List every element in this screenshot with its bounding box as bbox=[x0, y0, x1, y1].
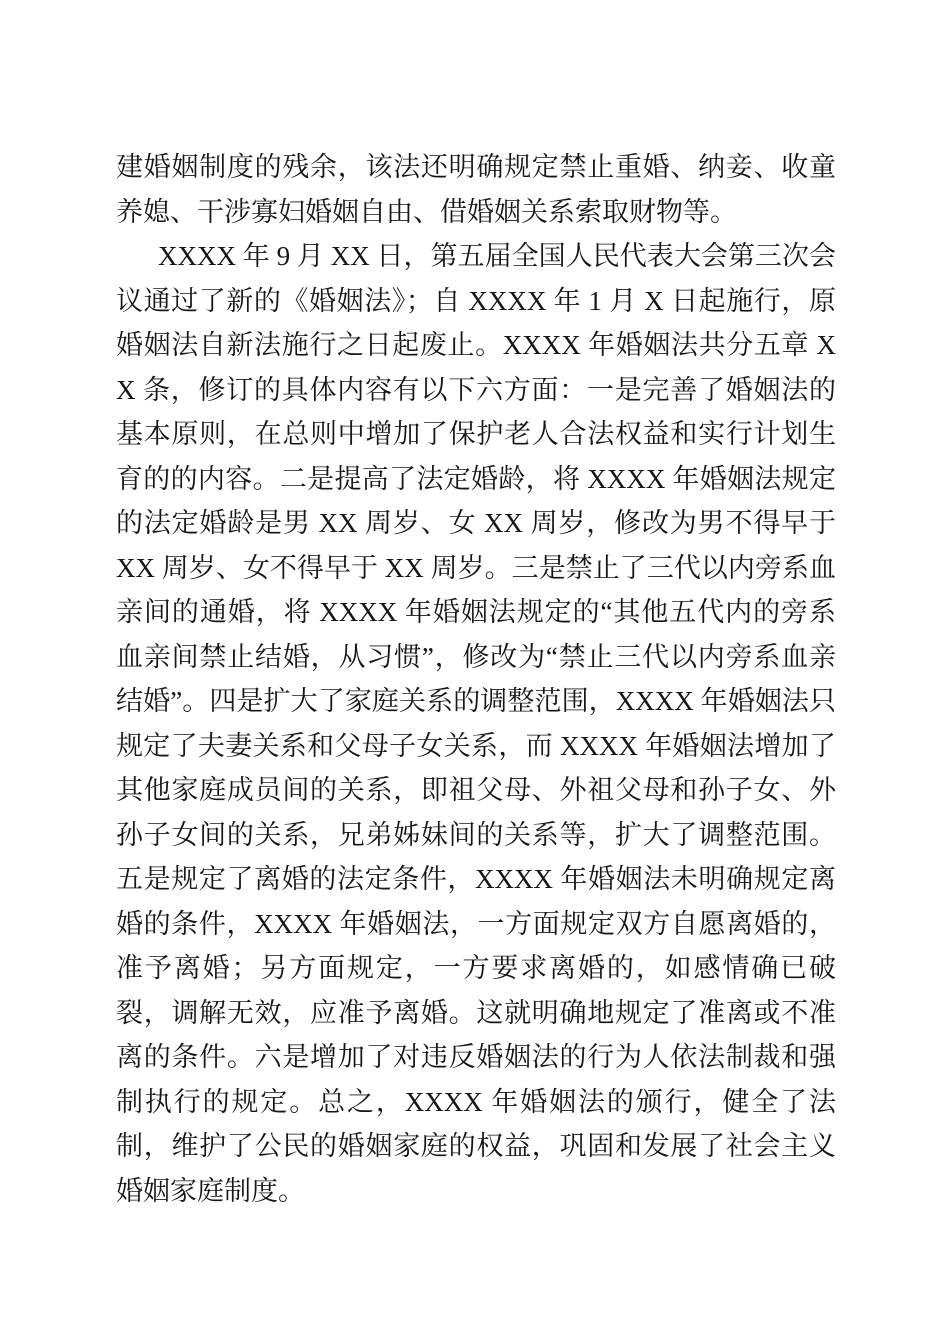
document-page: 建婚姻制度的残余，该法还明确规定禁止重婚、纳妾、收童养媳、干涉寡妇婚姻自由、借婚… bbox=[0, 0, 950, 1344]
paragraph-body: XXXX 年 9 月 XX 日，第五届全国人民代表大会第三次会议通过了新的《婚姻… bbox=[116, 234, 836, 1213]
paragraph-continuation: 建婚姻制度的残余，该法还明确规定禁止重婚、纳妾、收童养媳、干涉寡妇婚姻自由、借婚… bbox=[116, 145, 836, 234]
